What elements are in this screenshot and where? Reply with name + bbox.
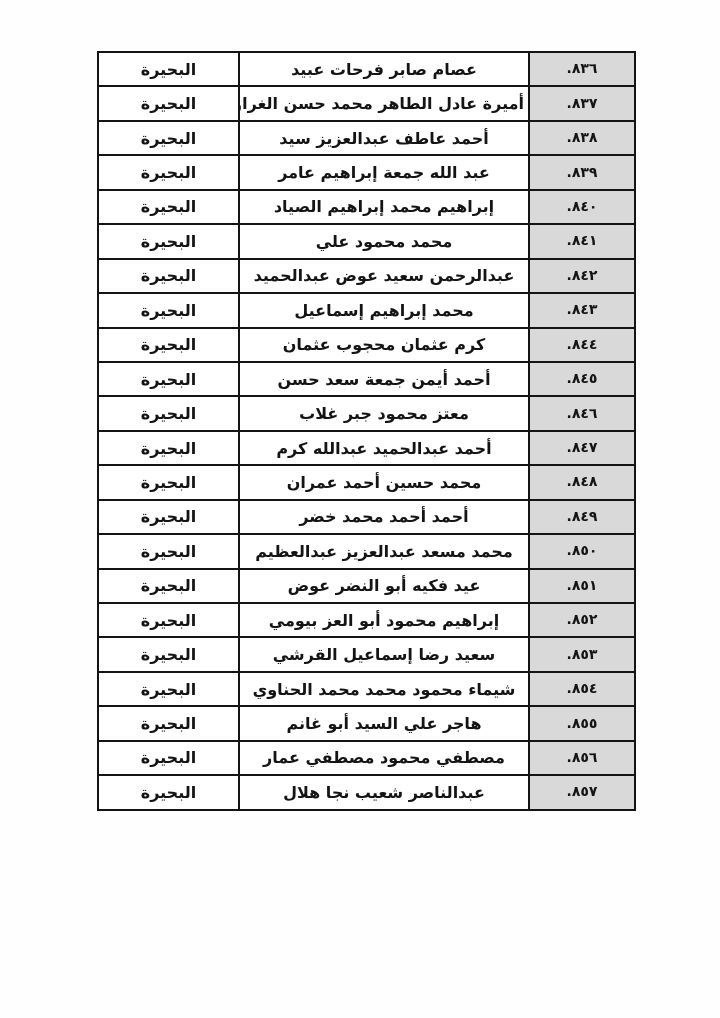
governorate-cell: البحيرة bbox=[98, 706, 239, 740]
row-number-cell: ٨٤٠. bbox=[529, 190, 635, 224]
candidate-name-cell: كرم عثمان محجوب عثمان bbox=[239, 328, 529, 362]
table-row: ٨٥٠. محمد مسعد عبدالعزيز عبدالعظيم البحي… bbox=[98, 534, 635, 568]
governorate-cell: البحيرة bbox=[98, 190, 239, 224]
row-number-cell: ٨٤١. bbox=[529, 224, 635, 258]
row-number-cell: ٨٥٥. bbox=[529, 706, 635, 740]
governorate-cell: البحيرة bbox=[98, 52, 239, 86]
governorate-cell: البحيرة bbox=[98, 741, 239, 775]
governorate-cell: البحيرة bbox=[98, 259, 239, 293]
row-number-cell: ٨٤٧. bbox=[529, 431, 635, 465]
row-number-cell: ٨٤٥. bbox=[529, 362, 635, 396]
table-row: ٨٤٤. كرم عثمان محجوب عثمان البحيرة bbox=[98, 328, 635, 362]
governorate-cell: البحيرة bbox=[98, 155, 239, 189]
table-row: ٨٥٦. مصطفي محمود مصطفي عمار البحيرة bbox=[98, 741, 635, 775]
row-number-cell: ٨٤٨. bbox=[529, 465, 635, 499]
candidates-roster-table: ٨٣٦. عصام صابر فرحات عبيد البحيرة ٨٣٧. أ… bbox=[97, 51, 636, 811]
candidate-name-cell: إبراهيم محمود أبو العز بيومي bbox=[239, 603, 529, 637]
candidate-name-cell: معتز محمود جبر غلاب bbox=[239, 396, 529, 430]
row-number-cell: ٨٤٩. bbox=[529, 500, 635, 534]
row-number-cell: ٨٥١. bbox=[529, 569, 635, 603]
roster-table-body: ٨٣٦. عصام صابر فرحات عبيد البحيرة ٨٣٧. أ… bbox=[98, 52, 635, 810]
governorate-cell: البحيرة bbox=[98, 396, 239, 430]
candidate-name-cell: شيماء محمود محمد محمد الحناوي bbox=[239, 672, 529, 706]
governorate-cell: البحيرة bbox=[98, 328, 239, 362]
governorate-cell: البحيرة bbox=[98, 362, 239, 396]
governorate-cell: البحيرة bbox=[98, 775, 239, 809]
candidate-name-cell: محمد محمود علي bbox=[239, 224, 529, 258]
row-number-cell: ٨٥٧. bbox=[529, 775, 635, 809]
candidate-name-cell: إبراهيم محمد إبراهيم الصياد bbox=[239, 190, 529, 224]
row-number-cell: ٨٣٨. bbox=[529, 121, 635, 155]
table-row: ٨٤٣. محمد إبراهيم إسماعيل البحيرة bbox=[98, 293, 635, 327]
table-row: ٨٣٩. عبد الله جمعة إبراهيم عامر البحيرة bbox=[98, 155, 635, 189]
candidate-name-cell: هاجر علي السيد أبو غانم bbox=[239, 706, 529, 740]
table-row: ٨٥٣. سعيد رضا إسماعيل القرشي البحيرة bbox=[98, 637, 635, 671]
table-row: ٨٤٢. عبدالرحمن سعيد عوض عبدالحميد البحير… bbox=[98, 259, 635, 293]
table-row: ٨٥٧. عبدالناصر شعيب نجا هلال البحيرة bbox=[98, 775, 635, 809]
row-number-cell: ٨٣٩. bbox=[529, 155, 635, 189]
governorate-cell: البحيرة bbox=[98, 569, 239, 603]
table-row: ٨٣٨. أحمد عاطف عبدالعزيز سيد البحيرة bbox=[98, 121, 635, 155]
row-number-cell: ٨٥٢. bbox=[529, 603, 635, 637]
table-row: ٨٥١. عيد فكيه أبو النضر عوض البحيرة bbox=[98, 569, 635, 603]
governorate-cell: البحيرة bbox=[98, 672, 239, 706]
governorate-cell: البحيرة bbox=[98, 121, 239, 155]
row-number-cell: ٨٤٢. bbox=[529, 259, 635, 293]
candidate-name-cell: أميرة عادل الطاهر محمد حسن الغراوي bbox=[239, 86, 529, 120]
table-row: ٨٥٥. هاجر علي السيد أبو غانم البحيرة bbox=[98, 706, 635, 740]
governorate-cell: البحيرة bbox=[98, 603, 239, 637]
candidate-name-cell: أحمد عاطف عبدالعزيز سيد bbox=[239, 121, 529, 155]
governorate-cell: البحيرة bbox=[98, 224, 239, 258]
candidate-name-cell: سعيد رضا إسماعيل القرشي bbox=[239, 637, 529, 671]
governorate-cell: البحيرة bbox=[98, 293, 239, 327]
candidate-name-cell: محمد إبراهيم إسماعيل bbox=[239, 293, 529, 327]
row-number-cell: ٨٥٠. bbox=[529, 534, 635, 568]
table-row: ٨٤١. محمد محمود علي البحيرة bbox=[98, 224, 635, 258]
table-row: ٨٤٧. أحمد عبدالحميد عبدالله كرم البحيرة bbox=[98, 431, 635, 465]
table-row: ٨٤٨. محمد حسين أحمد عمران البحيرة bbox=[98, 465, 635, 499]
table-row: ٨٥٢. إبراهيم محمود أبو العز بيومي البحير… bbox=[98, 603, 635, 637]
table-row: ٨٤٥. أحمد أيمن جمعة سعد حسن البحيرة bbox=[98, 362, 635, 396]
row-number-cell: ٨٤٦. bbox=[529, 396, 635, 430]
candidate-name-cell: عبدالرحمن سعيد عوض عبدالحميد bbox=[239, 259, 529, 293]
table-row: ٨٣٧. أميرة عادل الطاهر محمد حسن الغراوي … bbox=[98, 86, 635, 120]
table-row: ٨٣٦. عصام صابر فرحات عبيد البحيرة bbox=[98, 52, 635, 86]
governorate-cell: البحيرة bbox=[98, 86, 239, 120]
row-number-cell: ٨٤٣. bbox=[529, 293, 635, 327]
candidate-name-cell: محمد مسعد عبدالعزيز عبدالعظيم bbox=[239, 534, 529, 568]
row-number-cell: ٨٥٣. bbox=[529, 637, 635, 671]
candidate-name-cell: عصام صابر فرحات عبيد bbox=[239, 52, 529, 86]
candidate-name-cell: أحمد أحمد محمد خضر bbox=[239, 500, 529, 534]
candidate-name-cell: أحمد أيمن جمعة سعد حسن bbox=[239, 362, 529, 396]
table-row: ٨٤٩. أحمد أحمد محمد خضر البحيرة bbox=[98, 500, 635, 534]
row-number-cell: ٨٤٤. bbox=[529, 328, 635, 362]
table-row: ٨٤٦. معتز محمود جبر غلاب البحيرة bbox=[98, 396, 635, 430]
row-number-cell: ٨٥٤. bbox=[529, 672, 635, 706]
row-number-cell: ٨٥٦. bbox=[529, 741, 635, 775]
governorate-cell: البحيرة bbox=[98, 637, 239, 671]
candidate-name-cell: عيد فكيه أبو النضر عوض bbox=[239, 569, 529, 603]
table-row: ٨٤٠. إبراهيم محمد إبراهيم الصياد البحيرة bbox=[98, 190, 635, 224]
row-number-cell: ٨٣٧. bbox=[529, 86, 635, 120]
candidate-name-cell: محمد حسين أحمد عمران bbox=[239, 465, 529, 499]
candidate-name-cell: مصطفي محمود مصطفي عمار bbox=[239, 741, 529, 775]
candidate-name-cell: عبد الله جمعة إبراهيم عامر bbox=[239, 155, 529, 189]
document-page: ٨٣٦. عصام صابر فرحات عبيد البحيرة ٨٣٧. أ… bbox=[0, 0, 720, 1018]
governorate-cell: البحيرة bbox=[98, 500, 239, 534]
governorate-cell: البحيرة bbox=[98, 431, 239, 465]
candidate-name-cell: أحمد عبدالحميد عبدالله كرم bbox=[239, 431, 529, 465]
governorate-cell: البحيرة bbox=[98, 465, 239, 499]
row-number-cell: ٨٣٦. bbox=[529, 52, 635, 86]
governorate-cell: البحيرة bbox=[98, 534, 239, 568]
candidate-name-cell: عبدالناصر شعيب نجا هلال bbox=[239, 775, 529, 809]
table-row: ٨٥٤. شيماء محمود محمد محمد الحناوي البحي… bbox=[98, 672, 635, 706]
